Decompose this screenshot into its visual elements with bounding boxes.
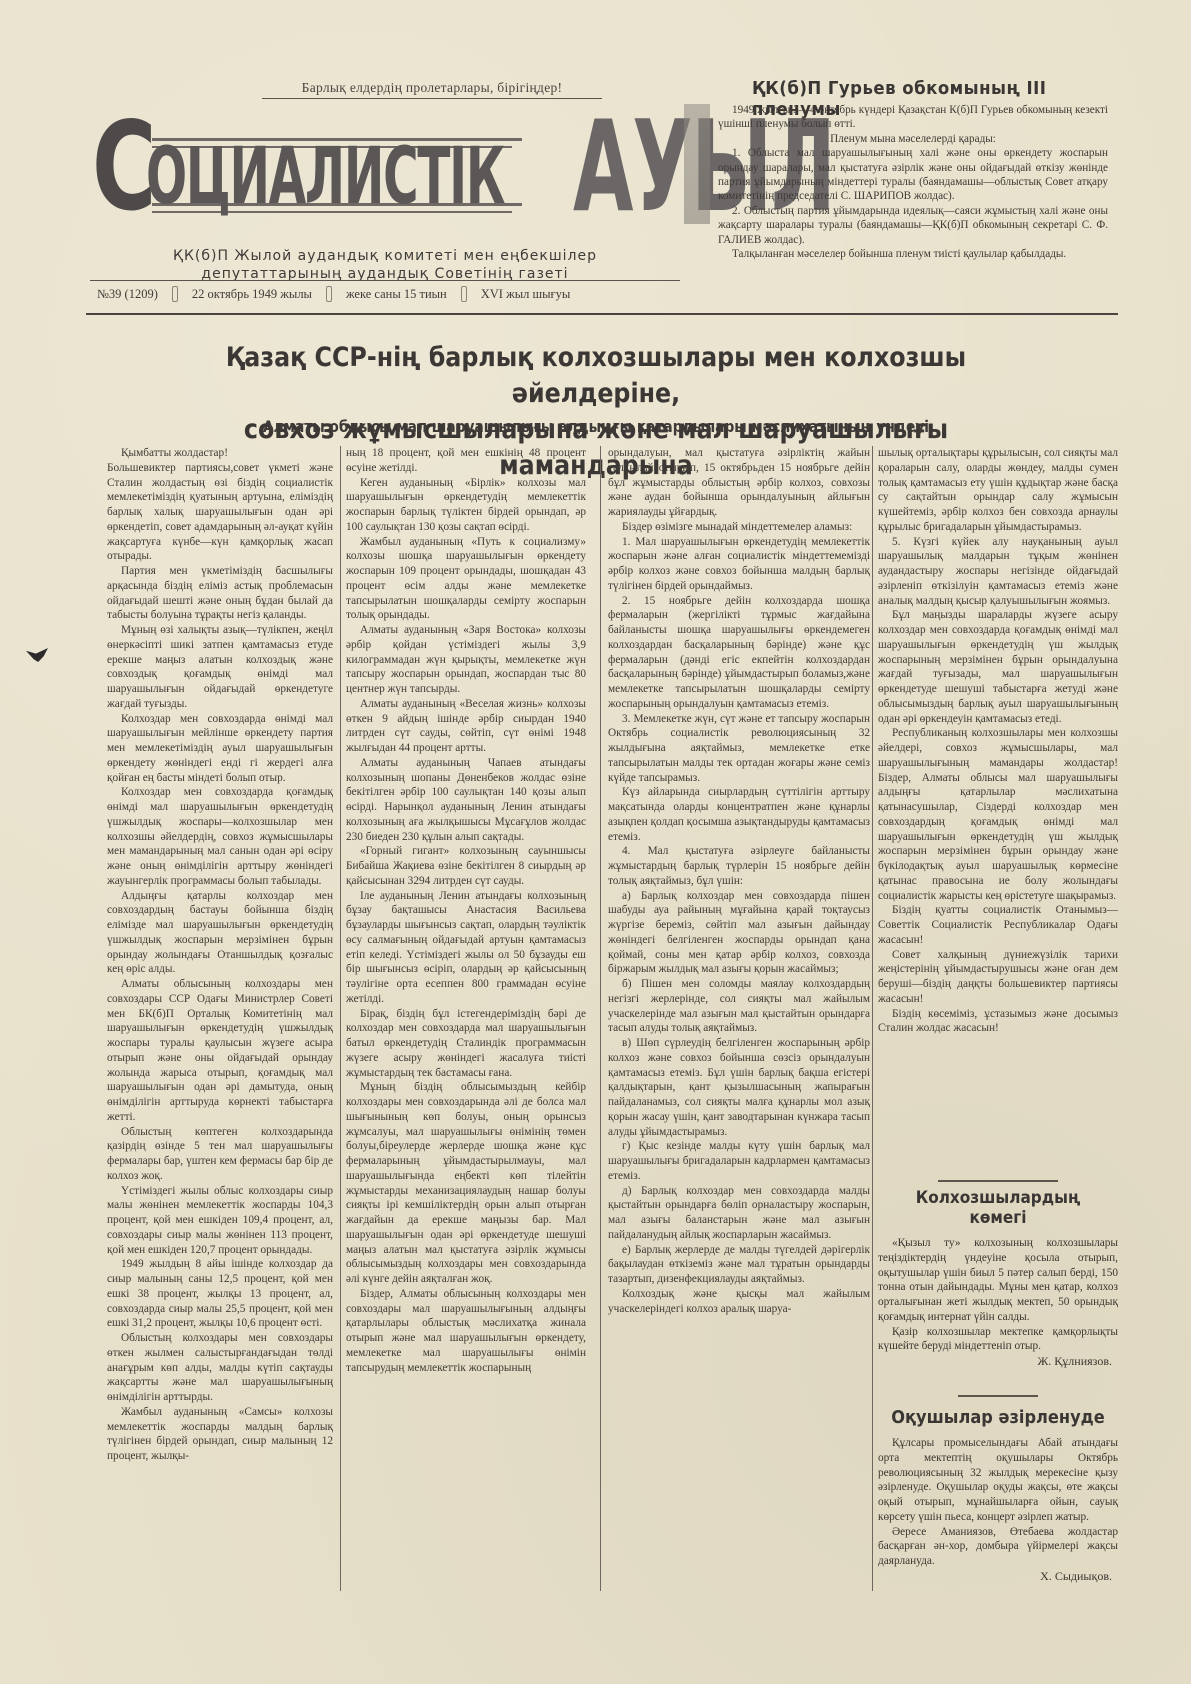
salutation: Қымбатты жолдастар! xyxy=(107,446,333,461)
paragraph: Үстіміздегі жылы облыс колхоздары сиыр м… xyxy=(107,1184,333,1258)
separator-icon xyxy=(172,286,178,302)
paragraph: Алматы облысының колхоздары мен совхозда… xyxy=(107,977,333,1125)
paragraph: Күз айларында сиырлардың сүттілігін артт… xyxy=(608,785,870,844)
paragraph: Партия мен үкметіміздің басшылығы арқасы… xyxy=(107,564,333,623)
paragraph: Біздер өзімізге мынадай міндеттемелер ал… xyxy=(608,520,870,535)
paragraph: Біздің көсеміміз, ұстазымыз және досымыз… xyxy=(878,1007,1118,1037)
paragraph: Жамбыл ауданының «Самсы» колхозы мемлеке… xyxy=(107,1405,333,1464)
article-column-1: Қымбатты жолдастар! Большевиктер партияс… xyxy=(107,446,333,1591)
article-column-3: орындалуын, мал қыстатуға әзірліктің жай… xyxy=(608,446,870,1591)
paragraph: Іле ауданының Ленин атындағы колхозының … xyxy=(346,889,586,1007)
divider xyxy=(938,1180,1058,1182)
paragraph: Алдыңғы қатарлы колхоздар мен совхоздард… xyxy=(107,889,333,978)
masthead-slogan: Барлық елдердің пролетарлары, бірігіңдер… xyxy=(262,80,602,99)
paragraph: Біздер, Алматы облысының колхоздары мен … xyxy=(346,1287,586,1376)
paragraph: Большевиктер партиясы,совет үкметі және … xyxy=(107,461,333,564)
paragraph: 1. Мал шаруашылығын өркендетудің мемлеке… xyxy=(608,535,870,594)
paragraph: 1. Облыста мал шаруашылығының халі және … xyxy=(718,146,1108,204)
paragraph: 2. 15 ноябрьге дейін колхоздарда шошқа ф… xyxy=(608,594,870,712)
separator-icon xyxy=(326,286,332,302)
article-title: Колхозшылардың көмегі xyxy=(890,1188,1106,1228)
paragraph: Құлсары промыселындағы Абай атындағы орт… xyxy=(878,1436,1118,1525)
column-divider xyxy=(340,446,341,1591)
paragraph: е) Барлық жерлерде де малды түгелдей дәр… xyxy=(608,1243,870,1287)
paragraph: 1949 жылғы 3—4 октябрь күндері Қазақстан… xyxy=(718,103,1108,132)
paragraph: Мұның өзі халықты азық—түлікпен, жеңіл ө… xyxy=(107,623,333,712)
paragraph: Талқыланған мәселелер бойынша пленум тиі… xyxy=(718,247,1108,261)
article-column-4: шылық орталықтары құрылысын, сол сияқты … xyxy=(878,446,1118,1086)
paragraph: Жамбыл ауданының «Путь к социализму» кол… xyxy=(346,535,586,624)
paragraph: Алматы ауданының «Заря Востока» колхозы … xyxy=(346,623,586,697)
article-signature: Ж. Құлниязов. xyxy=(878,1354,1118,1369)
paragraph: Алматы ауданының «Веселая жизнь» колхозы… xyxy=(346,697,586,756)
paragraph: Біздің қуатты социалистік Отанымыз—Совет… xyxy=(878,903,1118,947)
article-signature: Х. Сыдиықов. xyxy=(878,1569,1118,1584)
paragraph: Колхоздар мен совхоздарда өнімді мал шар… xyxy=(107,712,333,786)
paragraph: Совет халқының дүниежүзілік тарихи жеңіс… xyxy=(878,948,1118,1007)
paragraph: ның 18 процент, қой мен ешкінің 48 проце… xyxy=(346,446,586,476)
paragraph: Әересе Аманиязов, Өтебаева жолдастар бас… xyxy=(878,1525,1118,1569)
issue-year: XVI жыл шығуы xyxy=(481,287,571,302)
paragraph: Колхоздық және қысқы мал жайылым учаскел… xyxy=(608,1287,870,1317)
paragraph: Мұның біздің облысымыздың кейбір колхозд… xyxy=(346,1080,586,1287)
issue-info: №39 (1209) 22 октябрь 1949 жылы жеке сан… xyxy=(97,286,697,302)
paragraph: Облыстың колхоздары мен совхоздары өткен… xyxy=(107,1331,333,1405)
paragraph: Колхоздар мен совхоздарда қоғамдық өнімд… xyxy=(107,785,333,888)
paragraph: Бірақ, біздің бұл істегендеріміздің бәрі… xyxy=(346,1007,586,1081)
paragraph: а) Барлық колхоздар мен совхоздарда піше… xyxy=(608,889,870,978)
article-title: Оқушылар әзірленуде xyxy=(890,1407,1106,1428)
issue-date: 22 октябрь 1949 жылы xyxy=(192,287,312,302)
newspaper-title: СОЦИАЛИСТІКАУЫЛ xyxy=(92,108,692,228)
paragraph: Бұл маңызды шараларды жүзеге асыру колхо… xyxy=(878,608,1118,726)
main-subheadline: Алматы облысы мал шаруашылығы алдыңғы қа… xyxy=(166,417,1026,436)
paragraph: д) Барлық колхоздар мен совхоздарда малд… xyxy=(608,1184,870,1243)
paragraph: 2. Облыстың партия ұйымдарында идеялық—с… xyxy=(718,204,1108,247)
paragraph: 5. Күзгі күйек алу науқанының ауыл шаруа… xyxy=(878,535,1118,609)
paragraph: г) Қыс кезінде малды күту үшін барлық ма… xyxy=(608,1139,870,1183)
paragraph: Қазір колхозшылар мектепке қамқорлықты к… xyxy=(878,1325,1118,1355)
plenum-article: 1949 жылғы 3—4 октябрь күндері Қазақстан… xyxy=(718,103,1108,261)
paragraph: Пленум мына мәселелерді қарады: xyxy=(718,132,1108,146)
paragraph: Облыстың көптеген колхоздарында қазірдің… xyxy=(107,1125,333,1184)
paragraph: Республиканың колхозшылары мен колхозшы … xyxy=(878,726,1118,903)
article-kolkhoz-help: Колхозшылардың көмегі «Қызыл ту» колхозы… xyxy=(878,1180,1118,1369)
plenum-numeral-graphic xyxy=(684,104,710,224)
divider xyxy=(90,280,680,281)
paragraph: Алматы ауданының Чапаев атындағы колхозы… xyxy=(346,756,586,845)
publisher-line-1: ҚК(б)П Жылой аудандық комитеті мен еңбек… xyxy=(150,247,620,265)
paragraph: б) Пішен мен соломды маялау колхоздардың… xyxy=(608,977,870,1036)
issue-number: №39 (1209) xyxy=(97,287,158,302)
separator-icon xyxy=(461,286,467,302)
paragraph: 4. Мал қыстатуға әзірлеуге байланысты жұ… xyxy=(608,844,870,888)
title-middle: ОЦИАЛИСТІК xyxy=(146,118,504,236)
column-divider xyxy=(872,446,873,1591)
column-divider xyxy=(600,446,601,1591)
article-students: Оқушылар әзірленуде Құлсары промыселында… xyxy=(878,1395,1118,1584)
paragraph: в) Шөп сүрлеудің белгіленген жоспарының … xyxy=(608,1036,870,1139)
divider xyxy=(958,1395,1038,1397)
issue-price: жеке саны 15 тиын xyxy=(346,287,447,302)
paragraph: 3. Мемлекетке жүн, сүт және ет тапсыру ж… xyxy=(608,712,870,786)
divider xyxy=(86,313,1118,315)
article-column-2: ның 18 процент, қой мен ешкінің 48 проце… xyxy=(346,446,586,1591)
paragraph: орындалуын, мал қыстатуға әзірліктің жай… xyxy=(608,446,870,520)
paragraph: «Горный гигант» колхозының сауыншысы Биб… xyxy=(346,844,586,888)
paragraph: Кеген ауданының «Бірлік» колхозы мал шар… xyxy=(346,476,586,535)
paragraph: «Қызыл ту» колхозының колхозшылары теңіз… xyxy=(878,1236,1118,1325)
paragraph: шылық орталықтары құрылысын, сол сияқты … xyxy=(878,446,1118,535)
paragraph: 1949 жылдың 8 айы ішінде колхоздар да си… xyxy=(107,1257,333,1331)
publisher-info: ҚК(б)П Жылой аудандық комитеті мен еңбек… xyxy=(150,247,620,283)
headline-line-1: Қазақ ССР-нің барлық колхозшылары мен ко… xyxy=(156,340,1036,412)
